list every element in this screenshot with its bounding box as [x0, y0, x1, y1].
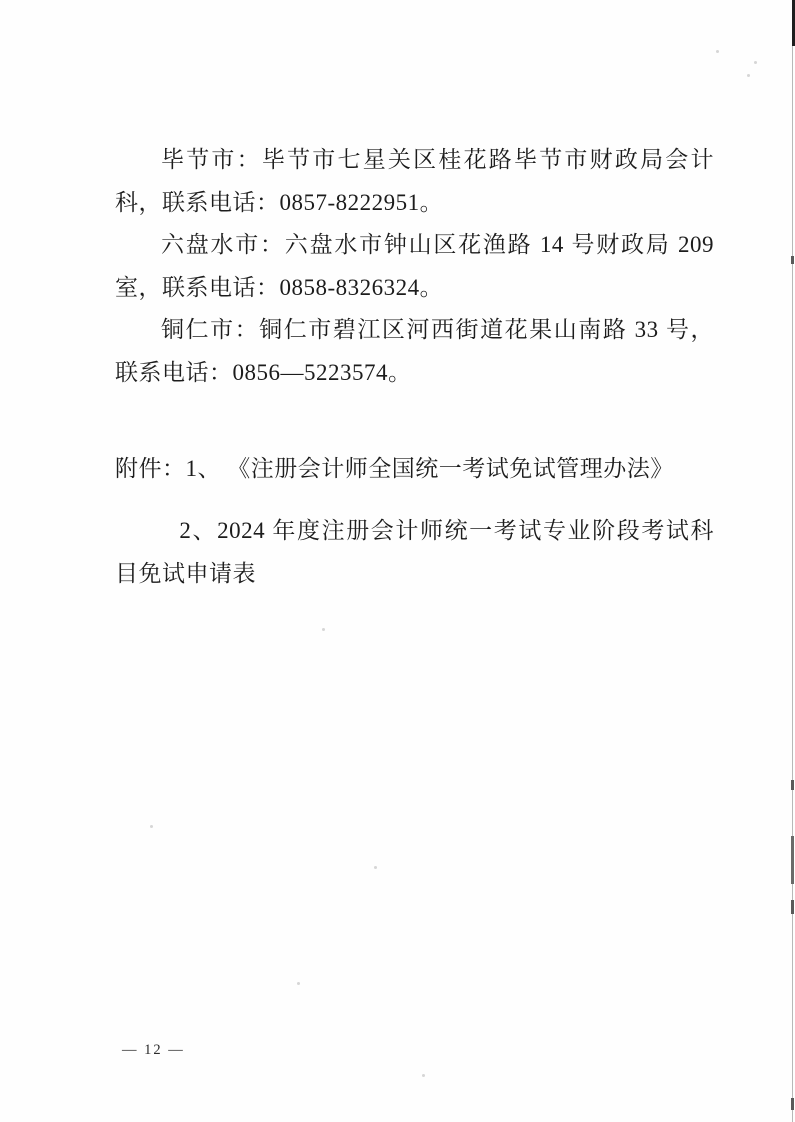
scan-speck	[747, 74, 750, 77]
scan-speck	[716, 50, 719, 53]
document-body: 毕节市：毕节市七星关区桂花路毕节市财政局会计科，联系电话：0857-822295…	[115, 139, 714, 595]
contact-paragraph-liupanshui: 六盘水市：六盘水市钟山区花渔路 14 号财政局 209 室，联系电话：0858-…	[115, 224, 714, 309]
scan-speck	[297, 982, 300, 985]
scan-edge-dash	[791, 900, 794, 914]
scan-speck	[422, 1074, 425, 1077]
scan-edge-dash	[791, 780, 794, 790]
attachments-item-2: 2、2024 年度注册会计师统一考试专业阶段考试科目免试申请表	[115, 510, 714, 595]
attachments-item-1: 附件：1、 《注册会计师全国统一考试免试管理办法》	[115, 448, 714, 491]
scan-edge-line	[792, 0, 793, 1122]
scan-speck	[322, 628, 325, 631]
scan-speck	[150, 825, 153, 828]
scan-speck	[754, 61, 757, 64]
contact-paragraph-tongren: 铜仁市：铜仁市碧江区河西街道花果山南路 33 号，联系电话：0856—52235…	[115, 309, 714, 394]
scan-edge-dash	[791, 256, 794, 264]
scanned-document-page: 毕节市：毕节市七星关区桂花路毕节市财政局会计科，联系电话：0857-822295…	[0, 0, 795, 1122]
scan-edge-dash	[791, 836, 794, 884]
page-number: — 12 —	[122, 1042, 185, 1059]
scan-speck	[374, 866, 377, 869]
contact-paragraph-bijie: 毕节市：毕节市七星关区桂花路毕节市财政局会计科，联系电话：0857-822295…	[115, 139, 714, 224]
scan-edge-dash	[791, 1098, 794, 1110]
